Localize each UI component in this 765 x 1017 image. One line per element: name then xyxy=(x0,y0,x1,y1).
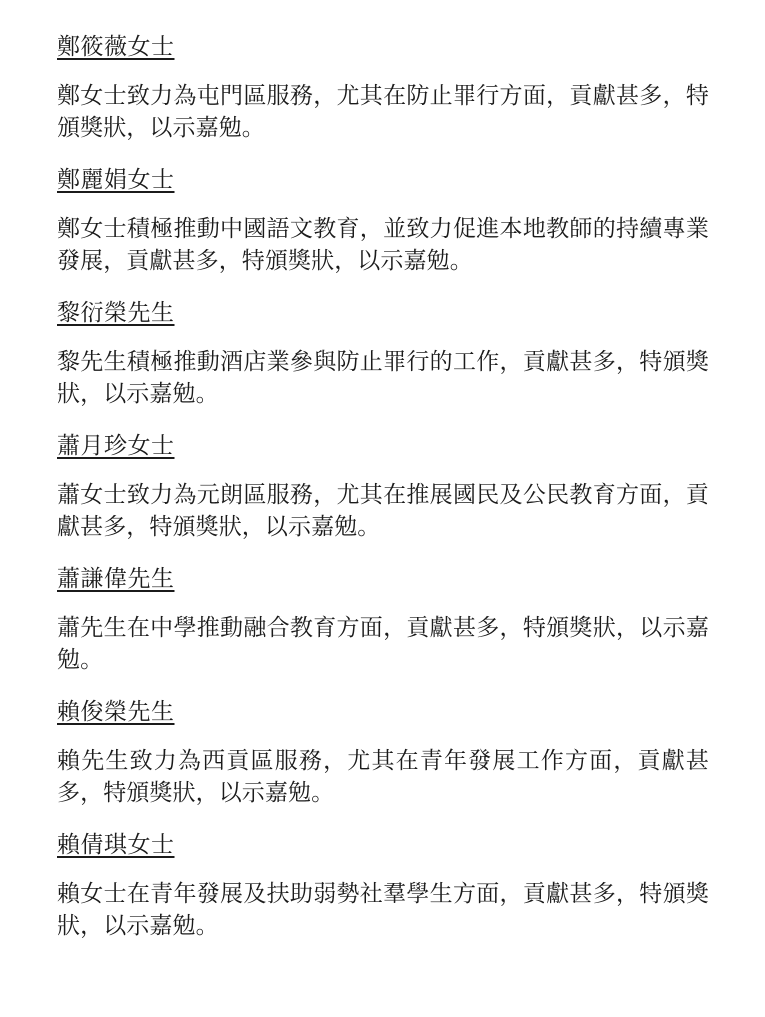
commendation-entry: 蕭謙偉先生 蕭先生在中學推動融合教育方面，貢獻甚多，特頒獎狀，以示嘉勉。 xyxy=(57,563,709,676)
commendation-entry: 鄭麗娟女士 鄭女士積極推動中國語文教育，並致力促進本地教師的持續專業發展，貢獻甚… xyxy=(57,164,709,277)
recipient-name: 鄭筱薇女士 xyxy=(57,34,175,60)
citation-text: 賴先生致力為西貢區服務，尤其在青年發展工作方面，貢獻甚多，特頒獎狀，以示嘉勉。 xyxy=(57,745,709,809)
citation-text: 鄭女士致力為屯門區服務，尤其在防止罪行方面，貢獻甚多，特頒獎狀，以示嘉勉。 xyxy=(57,80,709,144)
recipient-name: 黎衍榮先生 xyxy=(57,300,175,326)
entry-heading: 蕭月珍女士 xyxy=(57,430,709,462)
recipient-name: 賴俊榮先生 xyxy=(57,699,175,725)
entry-heading: 賴倩琪女士 xyxy=(57,829,709,861)
citation-text: 鄭女士積極推動中國語文教育，並致力促進本地教師的持續專業發展，貢獻甚多，特頒獎狀… xyxy=(57,213,709,277)
recipient-name: 鄭麗娟女士 xyxy=(57,167,175,193)
entry-heading: 賴俊榮先生 xyxy=(57,696,709,728)
citation-text: 黎先生積極推動酒店業參與防止罪行的工作，貢獻甚多，特頒獎狀，以示嘉勉。 xyxy=(57,346,709,410)
commendation-entry: 蕭月珍女士 蕭女士致力為元朗區服務，尤其在推展國民及公民教育方面，貢獻甚多，特頒… xyxy=(57,430,709,543)
commendation-entry: 鄭筱薇女士 鄭女士致力為屯門區服務，尤其在防止罪行方面，貢獻甚多，特頒獎狀，以示… xyxy=(57,31,709,144)
citation-text: 賴女士在青年發展及扶助弱勢社羣學生方面，貢獻甚多，特頒獎狀，以示嘉勉。 xyxy=(57,878,709,942)
commendation-entry: 賴倩琪女士 賴女士在青年發展及扶助弱勢社羣學生方面，貢獻甚多，特頒獎狀，以示嘉勉… xyxy=(57,829,709,942)
entry-heading: 鄭筱薇女士 xyxy=(57,31,709,63)
recipient-name: 蕭月珍女士 xyxy=(57,433,175,459)
commendation-list: 鄭筱薇女士 鄭女士致力為屯門區服務，尤其在防止罪行方面，貢獻甚多，特頒獎狀，以示… xyxy=(57,31,709,942)
citation-text: 蕭女士致力為元朗區服務，尤其在推展國民及公民教育方面，貢獻甚多，特頒獎狀，以示嘉… xyxy=(57,479,709,543)
commendation-entry: 賴俊榮先生 賴先生致力為西貢區服務，尤其在青年發展工作方面，貢獻甚多，特頒獎狀，… xyxy=(57,696,709,809)
recipient-name: 蕭謙偉先生 xyxy=(57,566,175,592)
recipient-name: 賴倩琪女士 xyxy=(57,832,175,858)
entry-heading: 蕭謙偉先生 xyxy=(57,563,709,595)
entry-heading: 鄭麗娟女士 xyxy=(57,164,709,196)
citation-text: 蕭先生在中學推動融合教育方面，貢獻甚多，特頒獎狀，以示嘉勉。 xyxy=(57,612,709,676)
commendation-entry: 黎衍榮先生 黎先生積極推動酒店業參與防止罪行的工作，貢獻甚多，特頒獎狀，以示嘉勉… xyxy=(57,297,709,410)
entry-heading: 黎衍榮先生 xyxy=(57,297,709,329)
document-page: 鄭筱薇女士 鄭女士致力為屯門區服務，尤其在防止罪行方面，貢獻甚多，特頒獎狀，以示… xyxy=(0,0,765,1017)
